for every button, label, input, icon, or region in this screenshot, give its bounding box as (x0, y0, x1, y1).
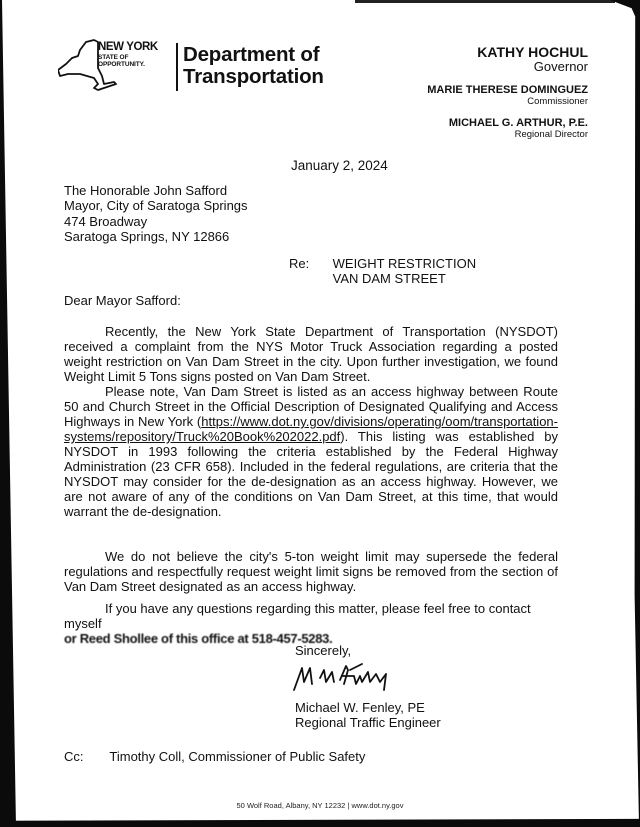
footer-address: 50 Wolf Road, Albany, NY 12232 (237, 801, 346, 810)
signer-title: Regional Traffic Engineer (295, 715, 441, 730)
scan-border-bottom (0, 818, 640, 827)
scan-border-top (355, 0, 615, 3)
cc-value: Timothy Coll, Commissioner of Public Saf… (109, 749, 365, 764)
subject-line: Re: WEIGHT RESTRICTION VAN DAM STREET (289, 256, 476, 286)
subject-line-1: WEIGHT RESTRICTION (333, 256, 476, 271)
subject-line-2: VAN DAM STREET (333, 271, 476, 286)
recipient-street: 474 Broadway (64, 214, 558, 229)
official-name: MARIE THERESE DOMINGUEZ (427, 84, 588, 96)
salutation: Dear Mayor Safford: (64, 293, 558, 308)
logo-new-york: NEW YORK (98, 42, 158, 54)
letter-date: January 2, 2024 (291, 158, 388, 173)
logo-opportunity: OPPORTUNITY. (98, 61, 158, 68)
recipient-name: The Honorable John Safford (64, 183, 558, 198)
department-name: Department of Transportation (183, 44, 324, 88)
closing: Sincerely, (295, 643, 351, 658)
signature (290, 660, 410, 696)
subject-label: Re: (289, 256, 329, 271)
logo-divider (176, 43, 178, 91)
officials-list: KATHY HOCHUL Governor MARIE THERESE DOMI… (427, 45, 588, 150)
logo-state-of: STATE OF (98, 54, 158, 61)
official-name: MICHAEL G. ARTHUR, P.E. (427, 117, 588, 129)
handwritten-signature-icon (290, 660, 410, 696)
official-governor: KATHY HOCHUL Governor (427, 45, 588, 74)
official-commissioner: MARIE THERESE DOMINGUEZ Commissioner (427, 84, 588, 107)
cc-label: Cc: (64, 749, 106, 764)
body-paragraph-3: We do not believe the city's 5-ton weigh… (64, 549, 558, 594)
footer-website[interactable]: www.dot.ny.gov (351, 801, 403, 810)
department-line-2: Transportation (183, 66, 324, 88)
recipient-address: The Honorable John Safford Mayor, City o… (64, 183, 558, 244)
official-title: Regional Director (427, 129, 588, 140)
body-paragraph-4: If you have any questions regarding this… (64, 601, 558, 646)
signer-name: Michael W. Fenley, PE (295, 700, 441, 715)
official-title: Governor (427, 60, 588, 74)
official-name: KATHY HOCHUL (427, 45, 588, 60)
paragraph-4-line-1: If you have any questions regarding this… (64, 601, 558, 631)
official-title: Commissioner (427, 96, 588, 107)
official-regional-director: MICHAEL G. ARTHUR, P.E. Regional Directo… (427, 117, 588, 140)
footer-separator: | (347, 801, 349, 810)
logo-text: NEW YORK STATE OF OPPORTUNITY. (98, 42, 158, 68)
footer: 50 Wolf Road, Albany, NY 12232 | www.dot… (0, 801, 640, 810)
recipient-city: Saratoga Springs, NY 12866 (64, 229, 558, 244)
scan-border-right (628, 0, 640, 827)
body-paragraph-2: Please note, Van Dam Street is listed as… (64, 384, 558, 519)
nys-logo: NEW YORK STATE OF OPPORTUNITY. (58, 38, 178, 94)
signer-block: Michael W. Fenley, PE Regional Traffic E… (295, 700, 441, 730)
scan-border-corner (610, 0, 640, 8)
department-line-1: Department of (183, 44, 324, 66)
recipient-title: Mayor, City of Saratoga Springs (64, 198, 558, 213)
cc-line: Cc: Timothy Coll, Commissioner of Public… (64, 749, 365, 764)
scan-border-left (0, 0, 16, 827)
body-paragraph-1: Recently, the New York State Department … (64, 324, 558, 384)
